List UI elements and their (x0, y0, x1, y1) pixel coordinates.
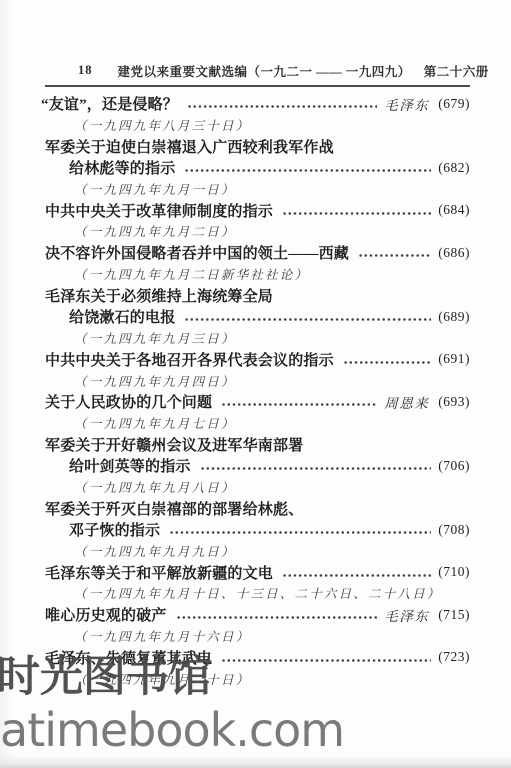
toc-entry: 军委关于歼灭白崇禧部的部署给林彪、邓子恢的指示(708)（一九四九年九月九日） (45, 498, 470, 562)
toc-title-line: 军委关于开好赣州会议及进军华南部署 (45, 434, 470, 455)
entry-date: （一九四九年九月八日） (45, 476, 470, 497)
toc-title-text: 军委关于迫使白崇禧退入广西较利我军作战 (45, 136, 334, 157)
toc-entry: 毛泽东等关于和平解放新疆的文电(710)（一九四九年九月十日、十三日、二十六日、… (45, 562, 470, 605)
page-number: (682) (438, 160, 470, 176)
entry-date: （一九四九年九月二十日） (45, 668, 470, 689)
running-head: 18 建党以来重要文献选编（一九二一 —— 一九四九） 第二十六册 (45, 56, 470, 87)
toc-title-text: 唯心历史观的破产 (45, 604, 167, 625)
dot-leader (187, 103, 377, 110)
page-number: (693) (438, 394, 470, 410)
toc-title-text: 关于人民政协的几个问题 (45, 391, 212, 412)
entry-date: （一九四九年九月十六日） (45, 625, 470, 646)
author-name: 毛泽东 (384, 94, 429, 114)
running-head-book-title: 建党以来重要文献选编（一九二一 —— 一九四九） (118, 62, 411, 80)
toc-title-text: 中共中央关于改革律师制度的指示 (45, 200, 273, 221)
entry-date: （一九四九年九月七日） (45, 412, 470, 433)
page-number: (686) (438, 245, 470, 261)
toc-title-text: 决不容许外国侵略者吞并中国的领土——西藏 (45, 242, 349, 263)
entry-date: （一九四九年九月三日） (45, 327, 470, 348)
toc-list: “友谊”，还是侵略？毛泽东(679)（一九四九年八月三十日）军委关于迫使白崇禧退… (45, 93, 470, 689)
dot-leader (184, 316, 431, 323)
toc-title-line: 中共中央关于各地召开各界代表会议的指示(691) (45, 349, 470, 370)
page-number: (708) (438, 522, 470, 538)
running-head-volume: 第二十六册 (424, 62, 489, 80)
page-number: (679) (438, 96, 470, 112)
toc-title-line: 邓子恢的指示(708) (45, 519, 470, 540)
toc-title-text: 军委关于开好赣州会议及进军华南部署 (45, 434, 303, 455)
entry-date: （一九四九年九月十日、十三日、二十六日、二十八日） (45, 583, 470, 604)
toc-title-text: 给林彪等的指示 (69, 157, 175, 178)
toc-entry: 毛泽东、朱德复董其武电(723)（一九四九年九月二十日） (45, 647, 470, 690)
toc-title-text: 军委关于歼灭白崇禧部的部署给林彪、 (45, 498, 303, 519)
toc-title-line: 军委关于迫使白崇禧退入广西较利我军作战 (45, 136, 470, 157)
toc-entry: 军委关于开好赣州会议及进军华南部署给叶剑英等的指示(706)（一九四九年九月八日… (45, 434, 470, 498)
toc-title-line: 给叶剑英等的指示(706) (45, 455, 470, 476)
toc-title-text: 毛泽东、朱德复董其武电 (45, 647, 212, 668)
author-name: 周恩来 (384, 392, 429, 412)
page-bottom-edge-shadow (0, 755, 511, 768)
toc-title-text: 给叶剑英等的指示 (69, 455, 191, 476)
toc-entry: 毛泽东关于必须维持上海统筹全局给饶漱石的电报(689)（一九四九年九月三日） (45, 285, 470, 349)
entry-date: （一九四九年九月二日） (45, 221, 470, 242)
dot-leader (358, 252, 431, 259)
toc-title-line: 中共中央关于改革律师制度的指示(684) (45, 199, 470, 220)
toc-title-line: 关于人民政协的几个问题周恩来(693) (45, 391, 470, 412)
page-number: (689) (438, 309, 470, 325)
page-number: (684) (438, 202, 470, 218)
toc-title-text: 毛泽东关于必须维持上海统筹全局 (45, 285, 273, 306)
toc-title-line: 给饶漱石的电报(689) (45, 306, 470, 327)
page-number: (723) (438, 649, 470, 665)
scanned-book-page: { "header": { "page_number": "18", "book… (0, 0, 511, 768)
toc-title-line: 毛泽东、朱德复董其武电(723) (45, 647, 470, 668)
toc-title-line: 军委关于歼灭白崇禧部的部署给林彪、 (45, 498, 470, 519)
toc-title-line: 毛泽东等关于和平解放新疆的文电(710) (45, 562, 470, 583)
toc-entry: 军委关于迫使白崇禧退入广西较利我军作战给林彪等的指示(682)（一九四九年九月一… (45, 136, 470, 200)
page-number: (706) (438, 458, 470, 474)
toc-title-text: 毛泽东等关于和平解放新疆的文电 (45, 562, 273, 583)
page-number: (715) (438, 607, 470, 623)
toc-entry: 唯心历史观的破产毛泽东(715)（一九四九年九月十六日） (45, 604, 470, 647)
dot-leader (221, 657, 431, 664)
dot-leader (221, 401, 377, 408)
dot-leader (169, 529, 431, 536)
toc-title-line: “友谊”，还是侵略？毛泽东(679) (45, 93, 470, 114)
toc-title-text: 邓子恢的指示 (69, 519, 160, 540)
toc-entry: “友谊”，还是侵略？毛泽东(679)（一九四九年八月三十日） (45, 93, 470, 136)
book-page: 18 建党以来重要文献选编（一九二一 —— 一九四九） 第二十六册 “友谊”，还… (0, 0, 511, 768)
dot-leader (200, 465, 432, 472)
toc-entry: 关于人民政协的几个问题周恩来(693)（一九四九年九月七日） (45, 391, 470, 434)
entry-date: （一九四九年九月九日） (45, 540, 470, 561)
toc-entry: 中共中央关于各地召开各界代表会议的指示(691)（一九四九年九月四日） (45, 349, 470, 392)
entry-date: （一九四九年九月二日新华社社论） (45, 263, 470, 284)
dot-leader (176, 614, 378, 621)
toc-entry: 中共中央关于改革律师制度的指示(684)（一九四九年九月二日） (45, 199, 470, 242)
toc-title-text: 给饶漱石的电报 (69, 306, 175, 327)
toc-title-line: 决不容许外国侵略者吞并中国的领土——西藏(686) (45, 242, 470, 263)
toc-entry: 决不容许外国侵略者吞并中国的领土——西藏(686)（一九四九年九月二日新华社社论… (45, 242, 470, 285)
toc-title-line: 唯心历史观的破产毛泽东(715) (45, 604, 470, 625)
entry-date: （一九四九年九月一日） (45, 178, 470, 199)
toc-title-text: 中共中央关于各地召开各界代表会议的指示 (45, 349, 334, 370)
page-number: (710) (438, 564, 470, 580)
author-name: 毛泽东 (384, 605, 429, 625)
page-left-edge-shadow (0, 0, 15, 768)
toc-title-line: 给林彪等的指示(682) (45, 157, 470, 178)
watermark-site-url: atimebook.com (0, 707, 344, 753)
page-number: (691) (438, 351, 470, 367)
dot-leader (282, 572, 431, 579)
entry-date: （一九四九年八月三十日） (45, 114, 470, 135)
entry-date: （一九四九年九月四日） (45, 370, 470, 391)
dot-leader (343, 359, 431, 366)
toc-title-line: 毛泽东关于必须维持上海统筹全局 (45, 285, 470, 306)
toc-title-text: “友谊”，还是侵略？ (41, 93, 178, 114)
dot-leader (184, 167, 431, 174)
running-head-page-number: 18 (78, 63, 93, 78)
dot-leader (282, 210, 431, 217)
